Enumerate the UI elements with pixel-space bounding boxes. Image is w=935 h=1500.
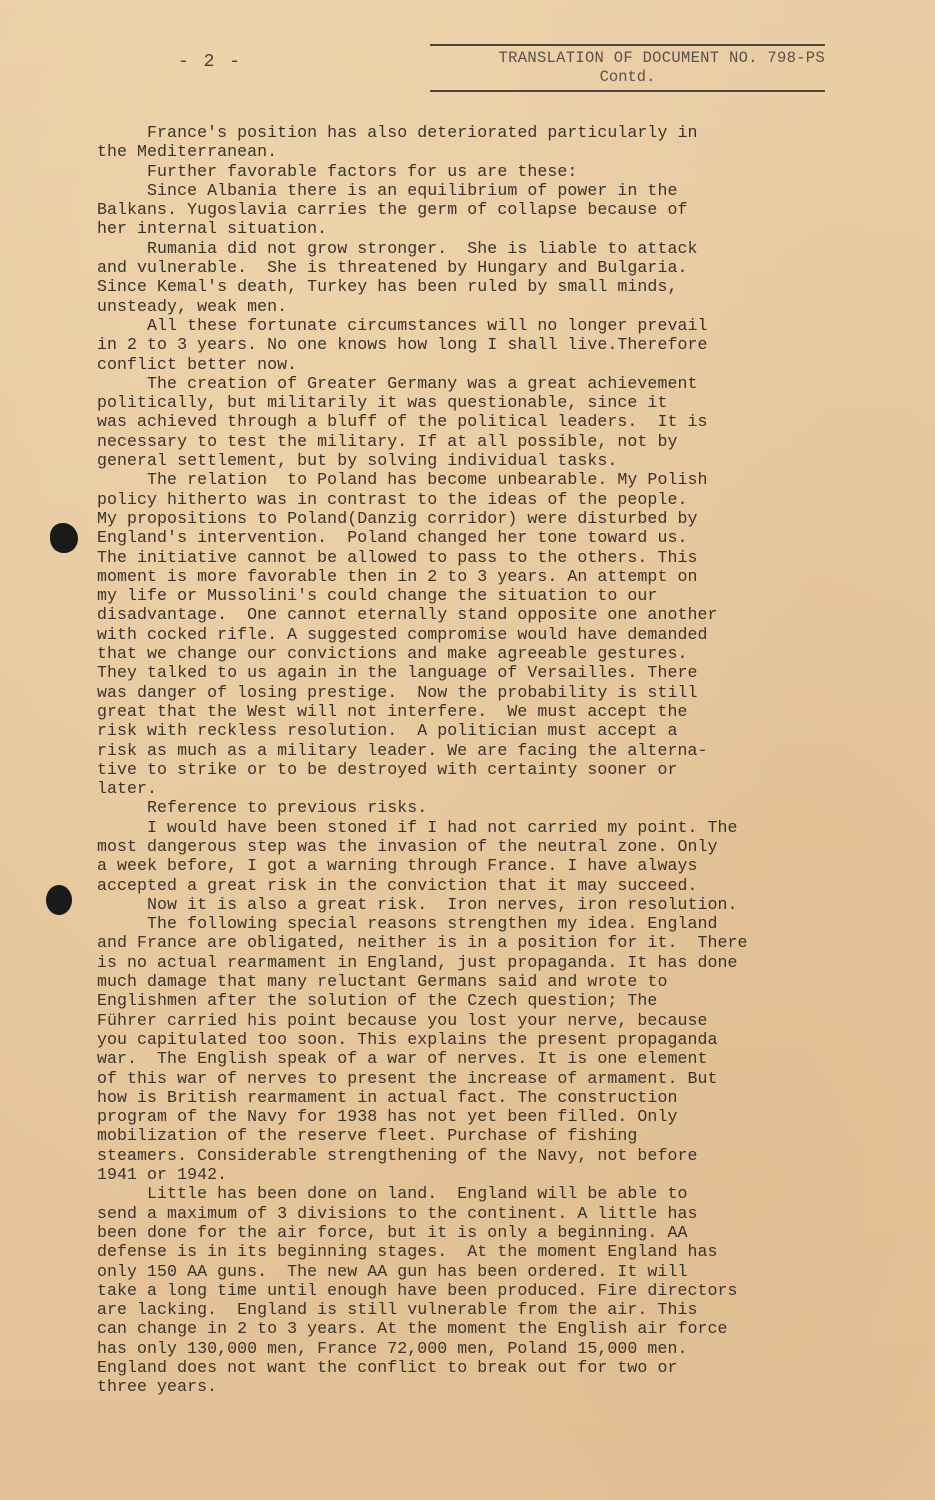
text-line: a week before, I got a warning through F… xyxy=(97,856,837,875)
text-line: My propositions to Poland(Danzig corrido… xyxy=(97,509,837,528)
text-line: in 2 to 3 years. No one knows how long I… xyxy=(97,335,837,354)
text-line: Reference to previous risks. xyxy=(97,798,837,817)
document-subtitle: Contd. xyxy=(430,68,825,86)
text-line: All these fortunate circumstances will n… xyxy=(97,316,837,335)
text-line: disadvantage. One cannot eternally stand… xyxy=(97,605,837,624)
text-line: Little has been done on land. England wi… xyxy=(97,1184,837,1203)
text-line: The creation of Greater Germany was a gr… xyxy=(97,374,837,393)
text-line: accepted a great risk in the conviction … xyxy=(97,876,837,895)
text-line: Further favorable factors for us are the… xyxy=(97,162,837,181)
text-line: take a long time until enough have been … xyxy=(97,1281,837,1300)
text-line: most dangerous step was the invasion of … xyxy=(97,837,837,856)
header-top-rule xyxy=(430,44,825,46)
text-line: defense is in its beginning stages. At t… xyxy=(97,1242,837,1261)
text-line: conflict better now. xyxy=(97,355,837,374)
text-line: policy hitherto was in contrast to the i… xyxy=(97,490,837,509)
text-line: moment is more favorable then in 2 to 3 … xyxy=(97,567,837,586)
text-line: necessary to test the military. If at al… xyxy=(97,432,837,451)
text-line: Führer carried his point because you los… xyxy=(97,1011,837,1030)
text-line: was danger of losing prestige. Now the p… xyxy=(97,683,837,702)
text-line: was achieved through a bluff of the poli… xyxy=(97,412,837,431)
text-line: tive to strike or to be destroyed with c… xyxy=(97,760,837,779)
text-line: is no actual rearmament in England, just… xyxy=(97,953,837,972)
text-line: and France are obligated, neither is in … xyxy=(97,933,837,952)
document-header: TRANSLATION OF DOCUMENT NO. 798-PS Contd… xyxy=(430,44,825,92)
punch-hole-icon xyxy=(50,523,78,553)
text-line: Since Kemal's death, Turkey has been rul… xyxy=(97,277,837,296)
text-line: England's intervention. Poland changed h… xyxy=(97,528,837,547)
header-bottom-rule xyxy=(430,90,825,92)
text-line: risk with reckless resolution. A politic… xyxy=(97,721,837,740)
text-line: They talked to us again in the language … xyxy=(97,663,837,682)
text-line: unsteady, weak men. xyxy=(97,297,837,316)
text-line: The initiative cannot be allowed to pass… xyxy=(97,548,837,567)
text-line: how is British rearmament in actual fact… xyxy=(97,1088,837,1107)
text-line: three years. xyxy=(97,1377,837,1396)
text-line: that we change our convictions and make … xyxy=(97,644,837,663)
text-line: I would have been stoned if I had not ca… xyxy=(97,818,837,837)
text-line: steamers. Considerable strengthening of … xyxy=(97,1146,837,1165)
document-body: France's position has also deteriorated … xyxy=(97,123,837,1397)
text-line: politically, but militarily it was quest… xyxy=(97,393,837,412)
punch-hole-icon xyxy=(46,885,72,915)
text-line: mobilization of the reserve fleet. Purch… xyxy=(97,1126,837,1145)
text-line: Englishmen after the solution of the Cze… xyxy=(97,991,837,1010)
text-line: are lacking. England is still vulnerable… xyxy=(97,1300,837,1319)
text-line: her internal situation. xyxy=(97,219,837,238)
text-line: Rumania did not grow stronger. She is li… xyxy=(97,239,837,258)
text-line: The following special reasons strengthen… xyxy=(97,914,837,933)
text-line: general settlement, but by solving indiv… xyxy=(97,451,837,470)
text-line: Balkans. Yugoslavia carries the germ of … xyxy=(97,200,837,219)
page-number: - 2 - xyxy=(178,52,242,72)
text-line: program of the Navy for 1938 has not yet… xyxy=(97,1107,837,1126)
text-line: The relation to Poland has become unbear… xyxy=(97,470,837,489)
text-line: has only 130,000 men, France 72,000 men,… xyxy=(97,1339,837,1358)
text-line: my life or Mussolini's could change the … xyxy=(97,586,837,605)
text-line: can change in 2 to 3 years. At the momen… xyxy=(97,1319,837,1338)
document-title: TRANSLATION OF DOCUMENT NO. 798-PS xyxy=(430,49,825,67)
text-line: with cocked rifle. A suggested compromis… xyxy=(97,625,837,644)
text-line: only 150 AA guns. The new AA gun has bee… xyxy=(97,1262,837,1281)
text-line: risk as much as a military leader. We ar… xyxy=(97,741,837,760)
text-line: and vulnerable. She is threatened by Hun… xyxy=(97,258,837,277)
text-line: been done for the air force, but it is o… xyxy=(97,1223,837,1242)
text-line: 1941 or 1942. xyxy=(97,1165,837,1184)
text-line: much damage that many reluctant Germans … xyxy=(97,972,837,991)
text-line: England does not want the conflict to br… xyxy=(97,1358,837,1377)
text-line: send a maximum of 3 divisions to the con… xyxy=(97,1204,837,1223)
text-line: of this war of nerves to present the inc… xyxy=(97,1069,837,1088)
text-line: great that the West will not interfere. … xyxy=(97,702,837,721)
text-line: France's position has also deteriorated … xyxy=(97,123,837,142)
text-line: war. The English speak of a war of nerve… xyxy=(97,1049,837,1068)
text-line: the Mediterranean. xyxy=(97,142,837,161)
text-line: Now it is also a great risk. Iron nerves… xyxy=(97,895,837,914)
text-line: you capitulated too soon. This explains … xyxy=(97,1030,837,1049)
text-line: Since Albania there is an equilibrium of… xyxy=(97,181,837,200)
text-line: later. xyxy=(97,779,837,798)
